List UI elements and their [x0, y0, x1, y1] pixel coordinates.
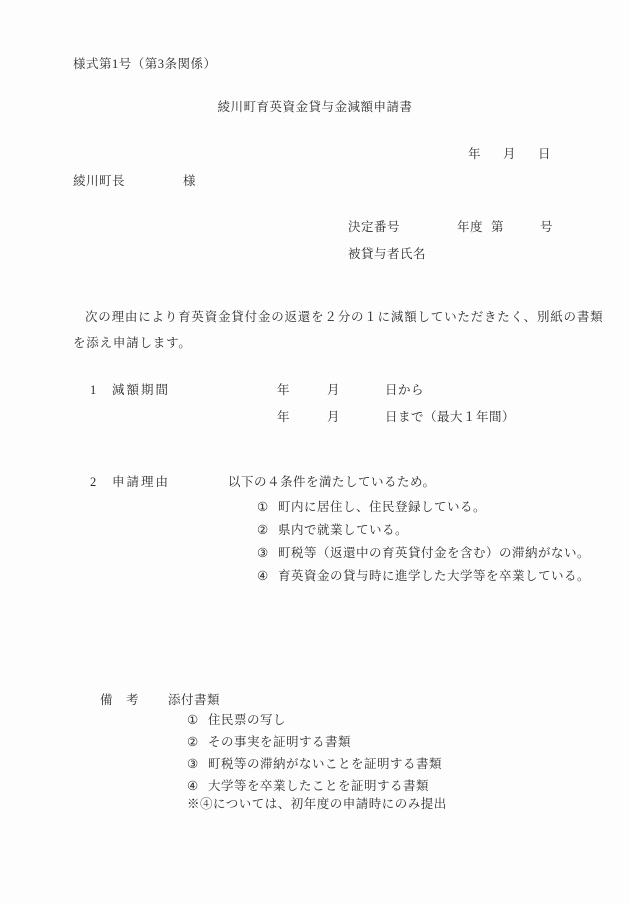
condition-item-text: 町税等（返還中の育英貸付金を含む）の滞納がない。 — [278, 546, 590, 561]
remarks-note: ※④については、初年度の申請時にのみ提出 — [187, 797, 447, 812]
date-year-label: 年 — [468, 147, 481, 162]
section1-label: 減額期間 — [112, 383, 170, 398]
section1-from-day-label: 日から — [385, 383, 424, 398]
form-number: 様式第1号（第3条関係） — [73, 57, 217, 72]
decision-number-label: 決定番号 — [348, 220, 400, 235]
section2-label: 申請理由 — [112, 475, 170, 490]
remarks-label: 備 考 — [100, 693, 139, 708]
document-title: 綾川町育英資金貸与金減額申請書 — [0, 100, 630, 115]
body-paragraph-line1: 次の理由により育英資金貸付金の返還を２分の１に減額していただきたく、別紙の書類 — [85, 310, 603, 325]
condition-item-number: ① — [257, 500, 269, 515]
attachment-item-number: ① — [187, 713, 199, 728]
attachment-item-number: ④ — [187, 779, 199, 794]
condition-item-number: ② — [257, 523, 269, 538]
condition-item-text: 町内に居住し、住民登録している。 — [278, 500, 486, 515]
attachment-item-text: 町税等の滞納がないことを証明する書類 — [208, 757, 442, 772]
number-suffix-label: 号 — [540, 220, 553, 235]
section2-intro: 以下の４条件を満たしているため。 — [228, 475, 436, 490]
body-paragraph-line2: を添え申請します。 — [73, 336, 192, 351]
date-month-label: 月 — [503, 147, 516, 162]
section1-from-month-label: 月 — [327, 383, 340, 398]
section1-to-day-label: 日まで（最大１年間） — [385, 410, 515, 425]
condition-item-number: ④ — [257, 569, 269, 584]
addressee-honorific: 様 — [183, 174, 196, 189]
document-page: 様式第1号（第3条関係） 綾川町育英資金貸与金減額申請書 年 月 日 綾川町長 … — [0, 0, 630, 903]
number-prefix-label: 第 — [491, 220, 504, 235]
condition-item-text: 県内で就業している。 — [278, 523, 408, 538]
addressee-name: 綾川町長 — [73, 174, 125, 189]
attachment-item-text: 住民票の写し — [208, 713, 286, 728]
fiscal-year-label: 年度 — [457, 220, 483, 235]
section1-from-year-label: 年 — [277, 383, 290, 398]
section1-to-year-label: 年 — [277, 410, 290, 425]
borrower-name-label: 被貸与者氏名 — [348, 247, 426, 262]
attachments-label: 添付書類 — [168, 693, 220, 708]
attachment-item-text: その事実を証明する書類 — [208, 735, 351, 750]
attachment-item-text: 大学等を卒業したことを証明する書類 — [208, 779, 429, 794]
condition-item-number: ③ — [257, 546, 269, 561]
condition-item-text: 育英資金の貸与時に進学した大学等を卒業している。 — [278, 569, 590, 584]
section1-number: 1 — [90, 383, 97, 398]
section1-to-month-label: 月 — [327, 410, 340, 425]
date-day-label: 日 — [538, 147, 551, 162]
attachment-item-number: ③ — [187, 757, 199, 772]
section2-number: 2 — [90, 475, 97, 490]
attachment-item-number: ② — [187, 735, 199, 750]
